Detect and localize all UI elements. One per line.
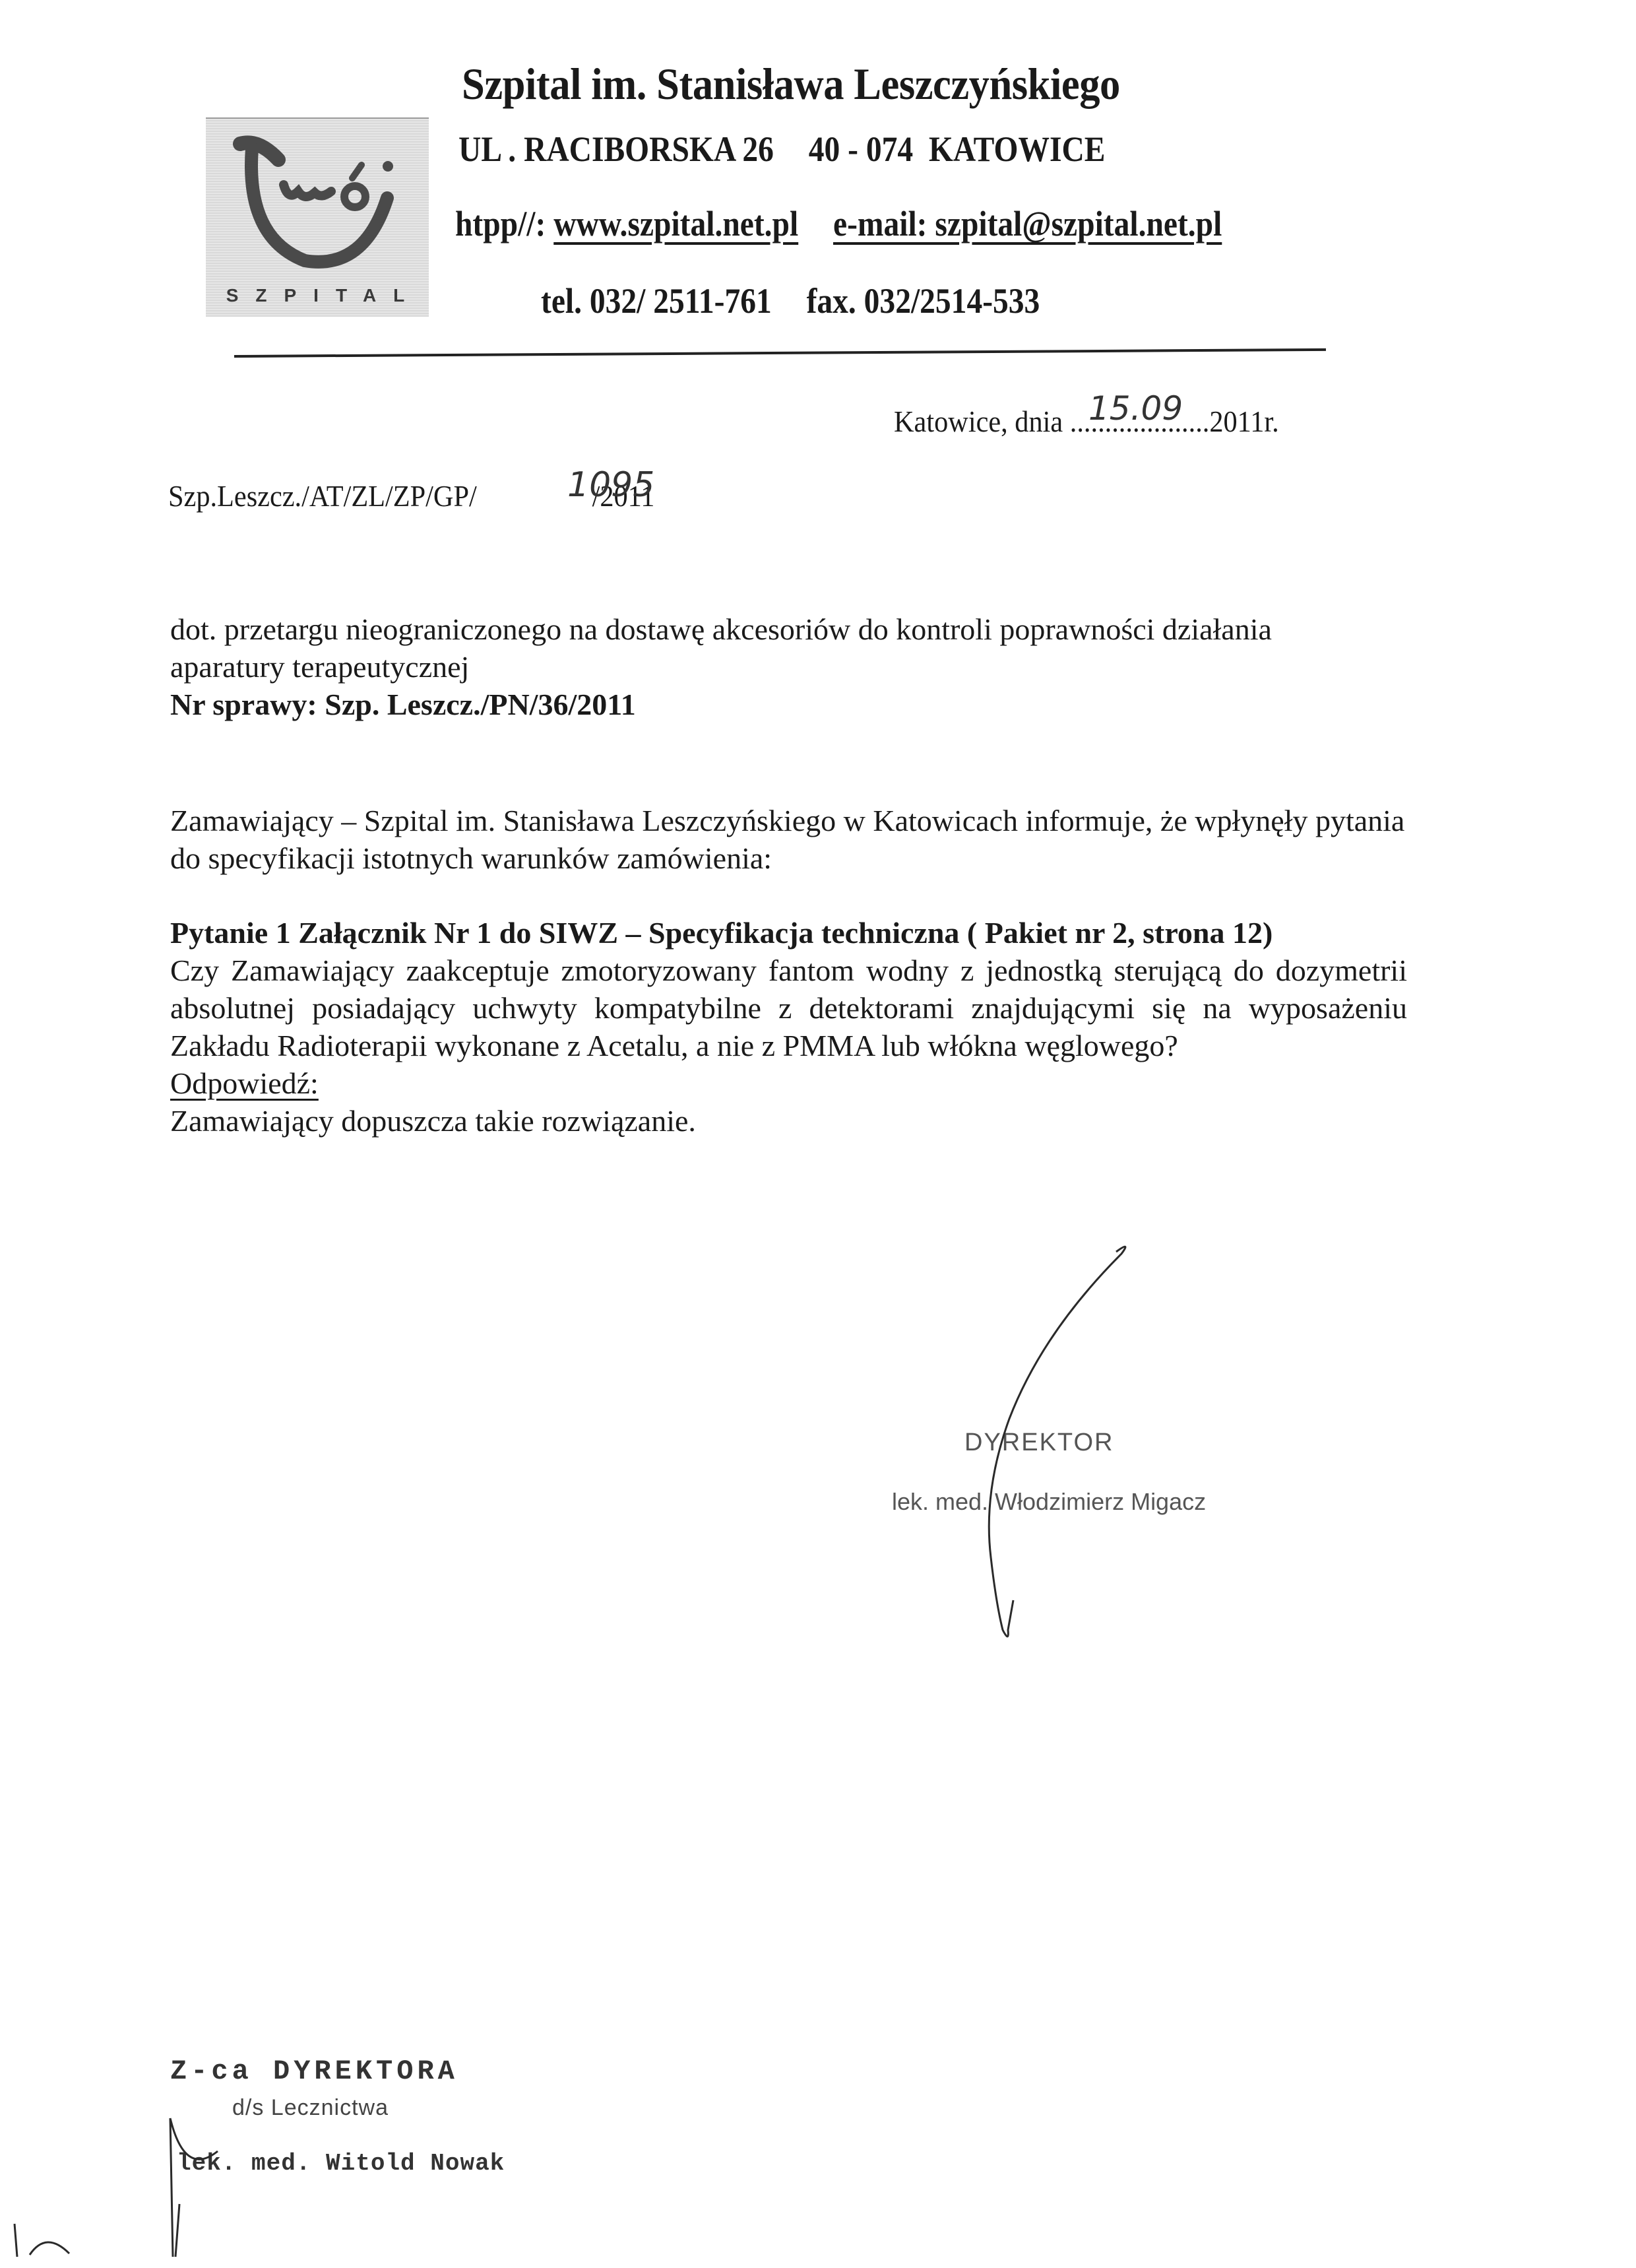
hospital-logo: SZPITAL <box>206 117 429 317</box>
email-link[interactable]: e-mail: szpital@szpital.net.pl <box>833 204 1222 243</box>
header-divider <box>234 348 1326 358</box>
deputy-signature <box>170 2118 218 2257</box>
date-suffix: ..2011r. <box>1195 405 1279 438</box>
reference-prefix: Szp.Leszcz./AT/ZL/ZP/GP/ <box>168 479 477 513</box>
director-name: lek. med. Włodzimierz Migacz <box>892 1488 1206 1516</box>
street-address: UL . RACIBORSKA 26 <box>458 129 774 169</box>
subject-block: dot. przetargu nieograniczonego na dosta… <box>170 610 1410 723</box>
intro-paragraph: Zamawiający – Szpital im. Stanisława Les… <box>170 802 1410 877</box>
city-address: 40 - 074 KATOWICE <box>809 129 1106 169</box>
handwritten-reference-number: 1095 <box>567 465 654 505</box>
subject-line: dot. przetargu nieograniczonego na dosta… <box>170 610 1391 686</box>
case-number: Nr sprawy: Szp. Leszcz./PN/36/2011 <box>170 686 1410 723</box>
phone-number: tel. 032/ 2511-761 <box>541 281 772 321</box>
phone-fax-line: tel. 032/ 2511-761fax. 032/2514-533 <box>541 280 1040 321</box>
web-label: htpp//: <box>455 204 553 243</box>
handwritten-date: 15.09 <box>1088 389 1183 428</box>
date-line: Katowice, dnia ....................2011r… <box>894 404 1279 439</box>
deputy-director-title: Z-ca DYREKTORA <box>170 2056 458 2087</box>
question-body: Czy Zamawiający zaakceptuje zmotoryzowan… <box>170 952 1407 1064</box>
question-heading: Pytanie 1 Załącznik Nr 1 do SIWZ – Specy… <box>170 914 1410 952</box>
logo-text: SZPITAL <box>206 285 429 306</box>
answer-text: Zamawiający dopuszcza takie rozwiązanie. <box>170 1102 1410 1140</box>
margin-mark <box>15 2224 69 2257</box>
address-line: UL . RACIBORSKA 2640 - 074 KATOWICE <box>458 129 1105 170</box>
website-link[interactable]: www.szpital.net.pl <box>553 204 798 243</box>
fax-number: fax. 032/2514-533 <box>807 281 1040 321</box>
deputy-director-name: lek. med. Witold Nowak <box>177 2150 505 2177</box>
web-email-line: htpp//: www.szpital.net.ple-mail: szpita… <box>455 203 1222 244</box>
director-title: DYREKTOR <box>964 1429 1114 1457</box>
question-1: Pytanie 1 Załącznik Nr 1 do SIWZ – Specy… <box>170 914 1410 1140</box>
answer-label: Odpowiedź: <box>170 1064 319 1102</box>
hospital-name: Szpital im. Stanisława Leszczyńskiego <box>462 58 1120 110</box>
deputy-director-department: d/s Lecznictwa <box>232 2095 389 2121</box>
intro-text: Zamawiający – Szpital im. Stanisława Les… <box>170 802 1410 877</box>
